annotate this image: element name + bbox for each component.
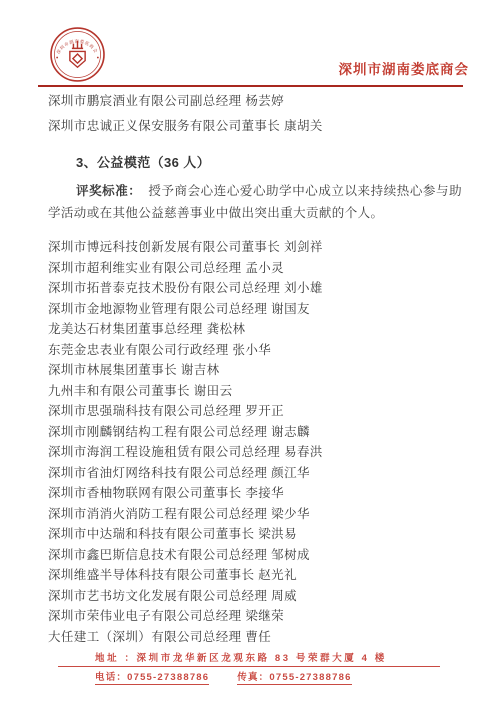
awardee-line: 深圳市金地源物业管理有限公司总经理 谢国友: [48, 299, 462, 320]
awardee-line: 深圳市鑫巴斯信息技术有限公司总经理 邹树成: [48, 545, 462, 566]
section-heading: 3、公益模范（36 人）: [48, 155, 462, 171]
letterhead: 深圳市湖南娄底商会 深圳市湖南娄底商会: [0, 0, 500, 85]
awardee-line: 龙美达石材集团董事总经理 龚松林: [48, 319, 462, 340]
previous-section-awardees: 深圳市鹏宸酒业有限公司副总经理 杨芸婷深圳市忠诚正义保安服务有限公司董事长 康胡…: [48, 89, 462, 139]
awardee-line: 深圳市刚麟钢结构工程有限公司总经理 谢志麟: [48, 422, 462, 443]
awardee-line: 深圳市艺书坊文化发展有限公司总经理 周威: [48, 586, 462, 607]
awardee-line: 深圳市林展集团董事长 谢吉林: [48, 360, 462, 381]
awardee-line: 深圳市中达瑞和科技有限公司董事长 梁洪易: [48, 524, 462, 545]
chamber-seal-icon: 深圳市湖南娄底商会: [50, 27, 105, 82]
awardee-line: 深圳市超利维实业有限公司总经理 孟小灵: [48, 258, 462, 279]
address-label: 地址 ：: [95, 653, 137, 664]
document-body: 深圳市鹏宸酒业有限公司副总经理 杨芸婷深圳市忠诚正义保安服务有限公司董事长 康胡…: [48, 87, 462, 647]
document-page: 深圳市湖南娄底商会 深圳市湖南娄底商会 深圳市鹏宸酒业有限公司副总经理 杨芸婷深…: [0, 0, 500, 706]
footer-contact-line: 电话：0755-27388786传真：0755-27388786: [58, 669, 440, 683]
criteria-label: 评奖标准：: [76, 184, 141, 198]
fax-number: 0755-27388786: [269, 672, 351, 683]
awardee-list: 深圳市博远科技创新发展有限公司董事长 刘剑祥深圳市超利维实业有限公司总经理 孟小…: [48, 237, 462, 647]
awardee-line: 深圳市博远科技创新发展有限公司董事长 刘剑祥: [48, 237, 462, 258]
awardee-line: 大任建工（深圳）有限公司总经理 曹任: [48, 627, 462, 648]
awardee-line: 深圳市拓普泰克技术股份有限公司总经理 刘小雄: [48, 278, 462, 299]
awardee-line: 深圳市鹏宸酒业有限公司副总经理 杨芸婷: [48, 89, 462, 114]
awardee-line: 深圳市荣伟业电子有限公司总经理 梁继荣: [48, 606, 462, 627]
awardee-line: 东莞金忠表业有限公司行政经理 张小华: [48, 340, 462, 361]
awardee-line: 深圳市消消火消防工程有限公司总经理 梁少华: [48, 504, 462, 525]
seal-right-dot: [97, 57, 99, 59]
fax-segment: 传真：0755-27388786: [237, 672, 351, 685]
footer-address-line: 地址 ：深圳市龙华新区龙观东路 83 号荣群大厦 4 楼: [58, 650, 440, 667]
address-value: 深圳市龙华新区龙观东路 83 号荣群大厦 4 楼: [137, 653, 387, 664]
phone-number: 0755-27388786: [127, 672, 209, 683]
awardee-line: 九州丰和有限公司董事长 谢田云: [48, 381, 462, 402]
fax-label: 传真：: [237, 672, 269, 683]
criteria-paragraph: 评奖标准：授予商会心连心爱心助学中心成立以来持续热心参与助学活动或在其他公益慈善…: [48, 180, 462, 224]
phone-segment: 电话：0755-27388786: [95, 672, 209, 685]
awardee-line: 深圳市省油灯网络科技有限公司总经理 颜江华: [48, 463, 462, 484]
awardee-line: 深圳市香柚物联网有限公司董事长 李接华: [48, 483, 462, 504]
awardee-line: 深圳维盛半导体科技有限公司董事长 赵光礼: [48, 565, 462, 586]
org-title: 深圳市湖南娄底商会: [339, 58, 470, 78]
phone-label: 电话：: [95, 672, 127, 683]
seal-left-dot: [56, 57, 58, 59]
awardee-line: 深圳市海润工程设施租赁有限公司总经理 易春洪: [48, 442, 462, 463]
awardee-line: 深圳市忠诚正义保安服务有限公司董事长 康胡关: [48, 114, 462, 139]
footer: 地址 ：深圳市龙华新区龙观东路 83 号荣群大厦 4 楼 电话：0755-273…: [58, 650, 440, 683]
awardee-line: 深圳市思强瑞科技有限公司总经理 罗开正: [48, 401, 462, 422]
